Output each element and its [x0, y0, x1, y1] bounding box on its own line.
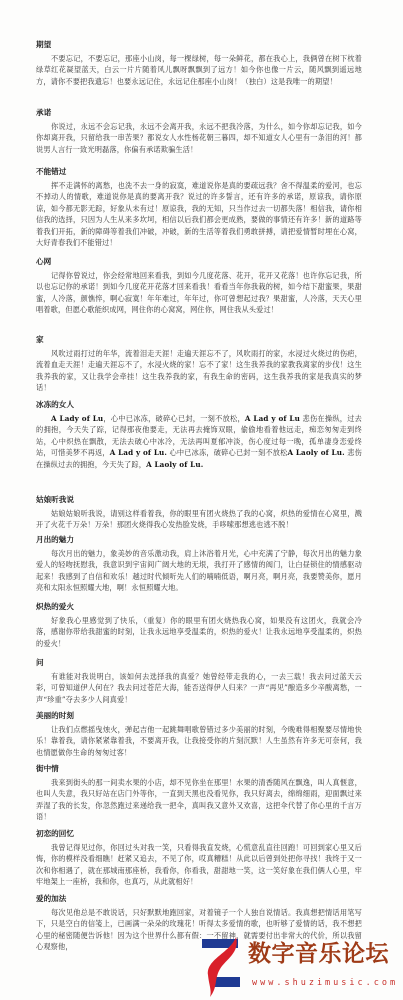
- shuzimusic-logo-icon: [200, 935, 250, 999]
- song-lyrics: 风吹过雨打过的年华，流着泪走天涯！走遍天涯忘不了，风吹雨打的家，水浸过火烧过的伤…: [36, 348, 362, 394]
- song-title: 不能错过: [36, 167, 362, 177]
- watermark-url: www.shuzimusic.com: [252, 978, 398, 988]
- song-bingdong-de-nvren: 冰冻的女人 A Lady of Lu，心中已冰冻，破碎心已封，一刻不放松，A L…: [36, 400, 362, 470]
- song-title: 美丽的时刻: [36, 711, 362, 721]
- song-lyrics: 不要忘记，不要忘记，那座小山岗，每一棵绿树，每一朵鲜花，都在我心上，我俩曾在树下…: [36, 53, 362, 87]
- watermark-site-name: 数字音乐论坛: [248, 935, 389, 968]
- song-chengnuo: 承诺 你说过，永远不会忘记我，永远不会离开我，永远不把我冷落，为什么，如今你却忘…: [36, 108, 362, 155]
- song-lyrics: 我曾记得见过你，你回过头对我一笑，只看得我直发烧，心慌意乱直往回跑！可回到家心里…: [36, 842, 362, 888]
- song-title: 家: [36, 335, 362, 345]
- site-watermark: 数字音乐论坛 www.shuzimusic.com: [200, 935, 400, 1000]
- song-lyrics: 有谁能对我说明白，该如何去选择我的真爱？她曾经带走我的心，一去三载！我去问过蓝天…: [36, 671, 362, 705]
- lyric-chinese: ，心中已冰冻，破碎心已封，一刻不放松，: [103, 414, 245, 423]
- song-qiwang: 期望 不要忘记，不要忘记，那座小山岗，每一棵绿树，每一朵鲜花，都在我心上，我俩曾…: [36, 40, 362, 87]
- song-lyrics: 好象我心里感觉到了快乐，（重复）你的眼里有团火烧热我心窝，如果没有这团火，我就会…: [36, 615, 362, 649]
- song-lyrics: A Lady of Lu，心中已冰冻，破碎心已封，一刻不放松，A Lad y o…: [36, 413, 362, 470]
- song-xinwang: 心网 记得你曾说过，你会经常地回来看我，到如今几度花落、花开，花开又花落！也许你…: [36, 257, 362, 316]
- lyric-chinese: 心中已冰冻，破碎心已封一刻不放松: [167, 448, 287, 457]
- song-jia: 家 风吹过雨打过的年华，流着泪走天涯！走遍天涯忘不了，风吹雨打的家，水浸过火烧过…: [36, 335, 362, 394]
- song-title: 心网: [36, 257, 362, 267]
- song-lyrics: 每次月出的魅力，象美妙的音乐激动我，肩上沐浴着月光，心中充满了宁静，每次月出的魅…: [36, 548, 362, 594]
- lyric-english: A Lady of Lu: [51, 414, 103, 423]
- song-lyrics: 记得你曾说过，你会经常地回来看我，到如今几度花落、花开，花开又花落！也许你忘记我…: [36, 270, 362, 316]
- song-meili-de-shike: 美丽的时刻 让我们点燃摇曳烛火，弹起吉他一起跳舞唱歌曾错过多少美丽的时刻，今晚难…: [36, 711, 362, 758]
- song-chire-de-aihuo: 炽热的爱火 好象我心里感觉到了快乐，（重复）你的眼里有团火烧热我心窝，如果没有这…: [36, 602, 362, 649]
- song-wen: 问 有谁能对我说明白，该如何去选择我的真爱？她曾经带走我的心，一去三载！我去问过…: [36, 658, 362, 705]
- lyric-english: A Laoly of Lu.: [287, 448, 344, 457]
- song-chulian-de-huiyi: 初恋的回忆 我曾记得见过你，你回过头对我一笑，只看得我直发烧，心慌意乱直往回跑！…: [36, 829, 362, 888]
- song-title: 冰冻的女人: [36, 400, 362, 410]
- song-title: 承诺: [36, 108, 362, 118]
- song-yuechu-de-meili: 月出的魅力 每次月出的魅力，象美妙的音乐激动我，肩上沐浴着月光，心中充满了宁静，…: [36, 535, 362, 594]
- song-lyrics: 姑娘姑娘听我说，请别这样看着我，你的眼里有团火烧热了我的心窝，炽热的爱情在心窝里…: [36, 508, 362, 531]
- song-lyrics: 挥不走满怀的离愁，也洗不去一身的寂寞，难道说你是真的要疏远我？舍不得温柔的爱河，…: [36, 180, 362, 248]
- song-title: 姑娘听我说: [36, 495, 362, 505]
- song-title: 爱的加法: [36, 894, 362, 904]
- song-title: 期望: [36, 40, 362, 50]
- song-guniang-ting-wo-shuo: 姑娘听我说 姑娘姑娘听我说，请别这样看着我，你的眼里有团火烧热了我的心窝，炽热的…: [36, 495, 362, 531]
- song-lyrics: 你说过，永远不会忘记我，永远不会离开我，永远不把我冷落，为什么，如今你却忘记我，…: [36, 121, 362, 155]
- song-title: 炽热的爱火: [36, 602, 362, 612]
- song-bunengcuoguo: 不能错过 挥不走满怀的离愁，也洗不去一身的寂寞，难道说你是真的要疏远我？舍不得温…: [36, 167, 362, 248]
- lyric-english: A Lad y of Lu: [245, 414, 300, 423]
- song-jiezhongqing: 街中情 我来到街头的那一间卖水果的小店，却不见你坐在那里！水果的清香随风在飘逸，…: [36, 764, 362, 823]
- song-title: 问: [36, 658, 362, 668]
- song-lyrics: 让我们点燃摇曳烛火，弹起吉他一起跳舞唱歌曾错过多少美丽的时刻，今晚难得相聚要尽情…: [36, 724, 362, 758]
- lyric-english: A Laoly of Lu.: [146, 460, 203, 469]
- song-title: 月出的魅力: [36, 535, 362, 545]
- song-title: 街中情: [36, 764, 362, 774]
- lyric-english: A Lad y of Lu.: [110, 448, 167, 457]
- song-lyrics: 我来到街头的那一间卖水果的小店，却不见你坐在那里！水果的清香随风在飘逸，叫人真惬…: [36, 777, 362, 823]
- song-title: 初恋的回忆: [36, 829, 362, 839]
